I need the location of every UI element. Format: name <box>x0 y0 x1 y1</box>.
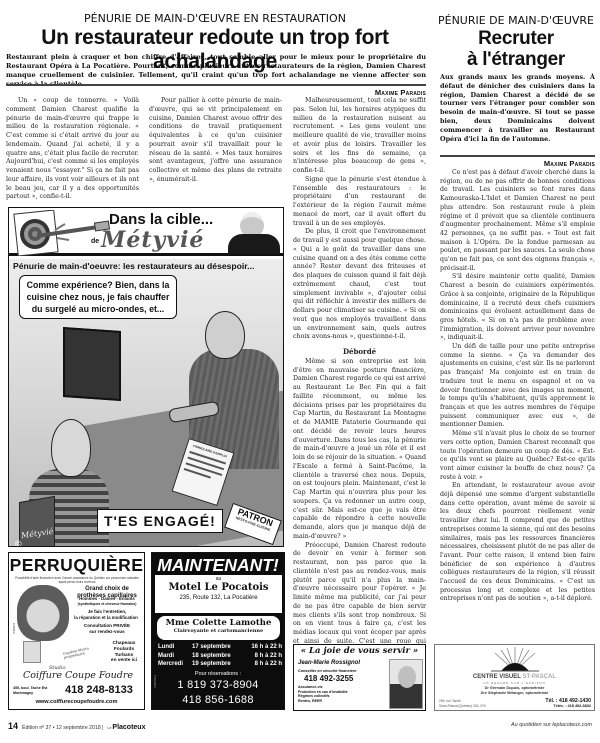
main-article-kicker: PÉNURIE DE MAIN-D'ŒUVRE EN RESTAURATION <box>0 12 430 25</box>
side-article-lead: Aux grands maux les grands moyens. À déf… <box>440 73 595 143</box>
doctor-name: Dr Germain Dupuis, optométriste <box>435 686 594 690</box>
ad-service: la réparation et la modification <box>67 615 145 620</box>
speech-bubble: Comme expérience? Bien, dans la cuisine … <box>19 275 177 319</box>
portrait-photo <box>17 585 69 641</box>
page-footer: 14 Édition nº 37 • 12 septembre 2018 | L… <box>8 721 145 731</box>
paragraph: Malheureusement, tout cela ne suffit pas… <box>293 97 426 176</box>
headline-line: Recruter <box>432 28 600 49</box>
schedule-row: Mercredi 19 septembre 8 h à 22 h <box>158 660 282 669</box>
ad-consult: sur rendez-vous <box>71 629 143 634</box>
ad-address: 455, boul. Taché Est <box>13 686 47 690</box>
subheading: Débordé <box>293 348 426 357</box>
main-article-column-1: Un « coup de tonnerre. » Voilà comment D… <box>6 97 139 202</box>
edition-info: Édition nº 37 • 12 septembre 2018 | <box>22 725 103 731</box>
candidate-head <box>51 419 91 477</box>
owner-name: Guylène Morin propriétaire <box>62 646 91 660</box>
ad-title: PERRUQUIÈRE <box>9 555 144 576</box>
publication-prefix: Le <box>108 726 112 730</box>
main-article-column-3: Malheureusement, tout cela ne suffit pas… <box>293 97 426 655</box>
reservations-label: Pour réservations : <box>152 671 284 677</box>
person-name: Mme Colette Lamothe <box>157 618 280 628</box>
sunrise-logo-icon <box>487 647 543 673</box>
side-article-byline: Maxime Paradis <box>440 159 595 168</box>
ad-phone[interactable]: 1 819 373-8904 <box>152 679 284 691</box>
paragraph: En attendant, le restaurateur avoue avoi… <box>440 482 595 604</box>
paragraph: Préoccupé, Damien Charest redoute de dev… <box>293 542 426 656</box>
advisor-role: Conseiller en sécurité financière <box>298 669 356 673</box>
cartoonist-portrait <box>224 210 282 254</box>
ad-centre-visuel[interactable]: CENTRE VISUEL ST-PASCAL UN REGARD SUR L'… <box>434 644 595 711</box>
ad-rossignol[interactable]: « La joie de vous servir » Jean-Marie Ro… <box>293 644 426 711</box>
paragraph: Même s'il n'avait plus le choix de se to… <box>440 430 595 482</box>
person-role: Clairvoyante et cartomancienne <box>157 628 280 634</box>
schedule-row: Mardi 18 septembre 8 h à 22 h <box>158 652 282 661</box>
side-article-headline: Recruter à l'étranger <box>432 28 600 70</box>
page-number: 14 <box>8 721 18 731</box>
boss-head <box>205 311 245 359</box>
ad-audience: Hommes - Dames - Enfants <box>71 596 143 601</box>
ad-tagline: « La joie de vous servir » <box>294 646 425 656</box>
divider <box>440 155 595 157</box>
ad-types: (synthétiques et cheveux Humains) <box>71 602 143 606</box>
schedule-table: Lundi 17 septembre 16 h à 22 h Mardi 18 … <box>158 643 282 669</box>
ad-items: Chapeaux Foulards Turbans en vente ici <box>105 641 143 664</box>
publication-name: Placoteux <box>112 724 145 731</box>
ad-perruquiere[interactable]: PERRUQUIÈRE Possibilité d'aide financièr… <box>8 552 145 710</box>
cartoon-banner-de: de <box>91 238 99 245</box>
headline-line: à l'étranger <box>432 49 600 70</box>
owner-photo <box>23 641 41 663</box>
ad-code: IT464073 <box>13 623 16 634</box>
ad-service: Je fais l'entretien, <box>71 609 143 614</box>
venue-box: au Motel Le Pocatois 235, Route 132, La … <box>155 575 282 613</box>
side-article-kicker: PÉNURIE DE MAIN-D'ŒUVRE <box>432 14 600 27</box>
ad-brand: CENTRE VISUEL ST-PASCAL <box>435 674 594 680</box>
ad-consult: Consultation PRIVÉE <box>71 623 143 628</box>
editorial-cartoon: Dans la cible... de Métyvié Pénurie de m… <box>8 207 284 547</box>
ad-phone[interactable]: 418 492-3255 <box>304 674 353 683</box>
paragraph: Un « coup de tonnerre. » Voilà comment D… <box>6 97 139 202</box>
ad-code: IT464705-2 <box>154 675 157 688</box>
advisor-name: Jean-Marie Rossignol <box>298 660 360 666</box>
doctor-name: Dre Stéphanie Bélanger, optométriste <box>435 691 594 695</box>
ad-slogan: UN REGARD SUR L'HORIZON <box>435 681 594 685</box>
paragraph: Ce n'est pas à défaut d'avoir cherché da… <box>440 169 595 273</box>
ad-brand: Coiffure Coupe Foudre <box>13 670 143 681</box>
ad-phone[interactable]: 418 856-1688 <box>152 694 284 706</box>
side-article-body: Ce n'est pas à défaut d'avoir cherché da… <box>440 169 595 604</box>
ad-title: MAINTENANT! <box>152 555 284 576</box>
schedule-row: Lundi 17 septembre 16 h à 22 h <box>158 643 282 652</box>
cartoon-banner-title: Dans la cible... <box>109 211 213 228</box>
copyright-symbol: © <box>15 539 22 547</box>
paragraph: Un défi de taille pour une petite entrep… <box>440 343 595 430</box>
ad-phone[interactable]: 418 248-8133 <box>65 684 133 696</box>
paragraph: S'il désire maintenir cette qualité, Dam… <box>440 273 595 343</box>
service-list: Assurance-vie Protection en cas d'invali… <box>298 685 348 704</box>
ad-address: Saint-Pascal (Québec) G0L 3Y0 <box>439 704 486 708</box>
advisor-photo <box>389 659 423 709</box>
footer-tagline[interactable]: Au quotidien sur leplacoteux.com <box>400 722 592 728</box>
main-article-column-2: Pour pallier à cette pénurie de main-d'œ… <box>149 97 282 185</box>
shout-bubble: T'ES ENGAGÉ! <box>97 509 223 533</box>
cartoonist-name: Métyvié <box>101 227 204 253</box>
cartoon-banner: Dans la cible... de Métyvié <box>9 208 283 256</box>
ad-subtitle: Possibilité d'aide financière avec Cance… <box>15 576 139 584</box>
ad-website[interactable]: www.coiffurecoupefoudre.com <box>9 699 144 705</box>
paragraph: De plus, il croit que l'environnement de… <box>293 228 426 342</box>
paragraph: Même si son entreprise est loin d'être e… <box>293 358 426 542</box>
person-box: Mme Colette Lamothe Clairvoyante et cart… <box>157 616 280 640</box>
ad-address: Montmagny <box>13 691 33 695</box>
ad-maintenant[interactable]: MAINTENANT! au Motel Le Pocatois 235, Ro… <box>151 552 285 710</box>
venue-name: Motel Le Pocatois <box>155 582 282 593</box>
main-article-byline: Maxime Paradis <box>300 88 426 97</box>
cartoon-scene: Pénurie de main-d'oeuvre: les restaurate… <box>9 259 283 546</box>
venue-address: 235, Route 132, La Pocatière <box>155 595 282 601</box>
paragraph: Signe que la pénurie s'est étendue à l'e… <box>293 176 426 229</box>
ad-address: 269, rue Taché <box>439 699 461 703</box>
cartoon-caption: Pénurie de main-d'oeuvre: les restaurate… <box>13 261 254 271</box>
paragraph: Pour pallier à cette pénurie de main-d'œ… <box>149 97 282 185</box>
divider <box>6 84 426 86</box>
computer-monitor <box>63 327 121 401</box>
ad-fax: Téléc. : 418 492-3832 <box>519 704 591 708</box>
